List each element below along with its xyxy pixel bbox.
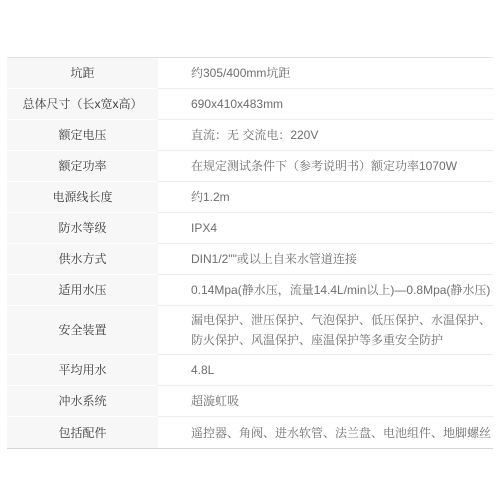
row-label: 总体尺寸（长x宽x高） <box>7 89 158 120</box>
row-value: 超漩虹吸 <box>158 386 493 417</box>
table-row: 防水等级 IPX4 <box>7 213 493 244</box>
table-row: 平均用水 4.8L <box>7 355 493 386</box>
table-row: 额定功率 在规定测试条件下（参考说明书）额定功率1070W <box>7 151 493 182</box>
row-value: 约1.2m <box>158 182 493 213</box>
table-row: 电源线长度 约1.2m <box>7 182 493 213</box>
row-label: 电源线长度 <box>7 182 158 213</box>
table-row: 额定电压 直流：无 交流电：220V <box>7 120 493 151</box>
row-label: 冲水系统 <box>7 386 158 417</box>
table-row: 总体尺寸（长x宽x高） 690x410x483mm <box>7 89 493 120</box>
row-value: 直流：无 交流电：220V <box>158 120 493 151</box>
row-value: 在规定测试条件下（参考说明书）额定功率1070W <box>158 151 493 182</box>
table-row: 供水方式 DIN1/2""或以上自来水管道连接 <box>7 244 493 275</box>
row-label: 额定功率 <box>7 151 158 182</box>
table-row: 冲水系统 超漩虹吸 <box>7 386 493 417</box>
table-row: 安全装置 漏电保护、泄压保护、气泡保护、低压保护、水温保护、防火保护、风温保护、… <box>7 306 493 355</box>
row-label: 适用水压 <box>7 275 158 306</box>
row-label: 额定电压 <box>7 120 158 151</box>
row-label: 安全装置 <box>7 306 158 355</box>
row-value: 690x410x483mm <box>158 89 493 120</box>
row-value: 遥控器、角阀、进水软管、法兰盘、电池组件、地脚螺丝 <box>158 417 493 448</box>
row-label: 平均用水 <box>7 355 158 386</box>
row-value: DIN1/2""或以上自来水管道连接 <box>158 244 493 275</box>
row-value: 0.14Mpa(静水压，流量14.4L/min以上)—0.8Mpa(静水压) <box>158 275 493 306</box>
table-row: 适用水压 0.14Mpa(静水压，流量14.4L/min以上)—0.8Mpa(静… <box>7 275 493 306</box>
table-row: 坑距 约305/400mm坑距 <box>7 58 493 89</box>
row-value: 4.8L <box>158 355 493 386</box>
row-value: 约305/400mm坑距 <box>158 58 493 89</box>
row-label: 防水等级 <box>7 213 158 244</box>
row-value: 漏电保护、泄压保护、气泡保护、低压保护、水温保护、防火保护、风温保护、座温保护等… <box>158 306 493 355</box>
row-label: 供水方式 <box>7 244 158 275</box>
table-row: 包括配件 遥控器、角阀、进水软管、法兰盘、电池组件、地脚螺丝 <box>7 417 493 448</box>
spec-table: 坑距 约305/400mm坑距 总体尺寸（长x宽x高） 690x410x483m… <box>7 57 493 449</box>
row-value: IPX4 <box>158 213 493 244</box>
row-label: 坑距 <box>7 58 158 89</box>
row-label: 包括配件 <box>7 417 158 448</box>
